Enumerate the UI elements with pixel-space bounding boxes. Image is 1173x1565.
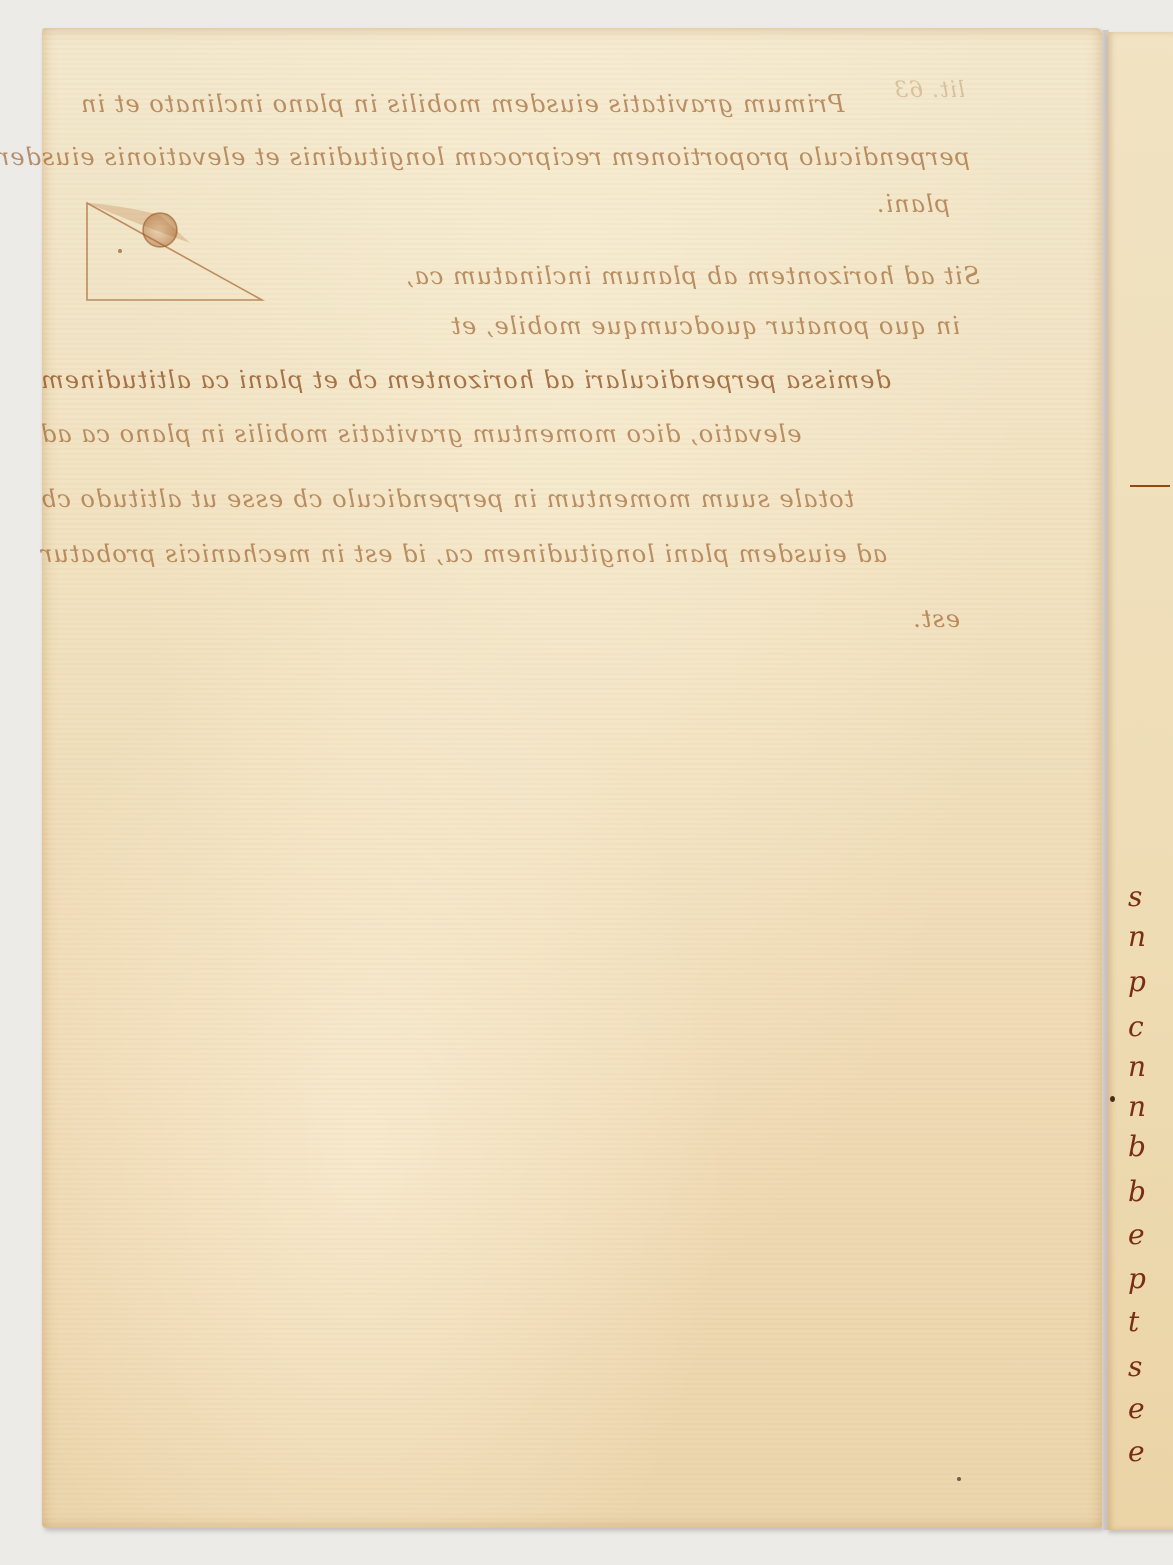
bleed-line-5: in quo ponatur quodcumque mobile, et [320,312,960,340]
paper-speck [957,1477,961,1481]
adjacent-letter: e [1128,1392,1145,1425]
bleed-line-2: perpendiculo proportionem reciprocam lon… [40,143,970,171]
bleed-line-10: est. [860,605,960,633]
adjacent-letter: p [1128,965,1146,998]
adjacent-letter: s [1128,880,1142,913]
adjacent-letter: b [1128,1175,1146,1208]
adjacent-letter: n [1128,1050,1146,1083]
adjacent-letter: t [1128,1305,1139,1338]
ink-spot [1110,1096,1115,1102]
adjacent-letter: p [1128,1262,1146,1295]
bleed-line-4: Sit ad horizontem ab planum inclinatum c… [340,262,980,290]
bleed-line-7: elevatio, dico momentum gravitatis mobil… [40,420,970,448]
bleed-line-1: Primum gravitatis eiusdem mobilis in pla… [80,90,965,118]
adjacent-letter: c [1128,1010,1144,1043]
ball-icon [143,213,177,247]
inclined-plane-diagram [80,195,280,310]
adjacent-letter: n [1128,1090,1146,1123]
bleed-line-9: ad eiusdem plani longitudinem ca, id est… [40,540,970,568]
triangle-plane-icon [87,203,262,300]
adjacent-letter: n [1128,920,1146,953]
adjacent-letter: e [1128,1435,1145,1468]
adjacent-letter: s [1128,1350,1142,1383]
adjacent-letter: e [1128,1218,1145,1251]
adjacent-page-edge [1108,32,1173,1530]
adjacent-page-rule [1130,485,1170,487]
adjacent-letter: b [1128,1130,1146,1163]
bleed-line-6: demissa perpendiculari ad horizontem cb … [40,366,970,394]
bleed-line-3: plani. [800,190,950,218]
bleed-line-8: totale suum momentum in perpendiculo cb … [40,485,970,513]
